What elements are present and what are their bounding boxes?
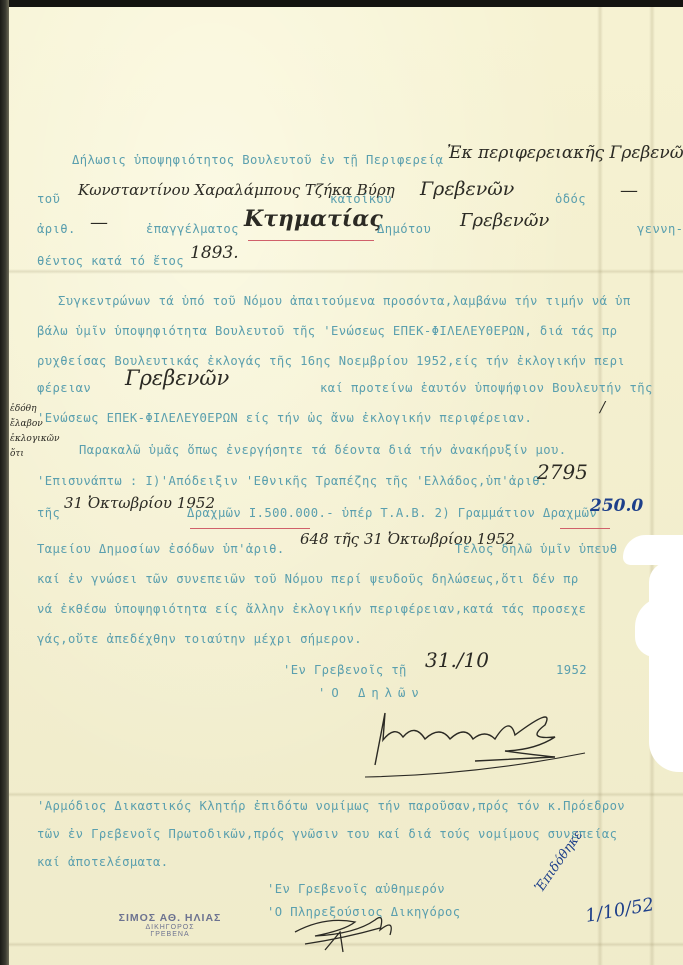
handwritten-receipt-number: 2795 — [537, 460, 588, 484]
attachments-line: τῆς — [37, 506, 60, 520]
red-underline — [190, 528, 310, 529]
handwritten-region: Ἐκ περιφερειακῆς Γρεβενῶν — [447, 143, 683, 163]
handwritten-region-name: Γρεβενῶν — [125, 366, 229, 390]
handwritten-amount: 250.0 — [590, 496, 643, 516]
paragraph-line: βάλω ὑμῖν ὑποψηφιότητα Βουλευτοῦ τῆς 'Εν… — [37, 324, 617, 338]
service-note-line: τῶν ἐν Γρεβενοῖς Πρωτοδικῶν,πρός γνῶσιν … — [37, 827, 617, 841]
label-street: ὁδός — [555, 192, 586, 206]
scan-frame-left — [0, 0, 9, 965]
place-date-label: 'Εν Γρεβενοῖς τῇ — [283, 663, 407, 677]
handwritten-date: 31./10 — [425, 648, 489, 672]
lawyer-stamp: ΣΙΜΟΣ ΑΘ. ΗΛΙΑΣ ΔΙΚΗΓΟΡΟΣ ΓΡΕΒΕΝΑ — [100, 912, 240, 938]
label-born-year: θέντος κατά τό ἔτος — [37, 254, 184, 268]
attachments-line: Δραχμῶν Ι.500.000.- ὑπέρ Τ.Α.Β. 2) Γραμμ… — [187, 506, 597, 520]
label-region: φέρειαν — [37, 381, 91, 395]
paragraph-line: Συγκεντρώνων τά ὑπό τοῦ Νόμου ἀπαιτούμεν… — [58, 294, 631, 308]
attachments-line: καί ἐν γνώσει τῶν συνεπειῶν τοῦ Νόμου πε… — [37, 572, 579, 586]
attachments-line: γάς,οὔτε ἀπεδέχθην τοιαύτην μέχρι σήμερο… — [37, 632, 362, 646]
service-note-line: καί ἀποτελέσματα. — [37, 855, 169, 869]
margin-note: ἐδόθη ἔλαβον ἐκλογικῶν ὅτι — [10, 402, 59, 462]
label-of: τοῦ — [37, 192, 60, 206]
label-resident: κατοίκου — [330, 192, 392, 206]
red-underline — [248, 240, 374, 241]
handwritten-mark: / — [600, 398, 605, 416]
request-paragraph: Παρακαλῶ ὑμᾶς ὅπως ἐνεργήσητε τά δέοντα … — [79, 443, 566, 457]
paragraph-line: καί προτείνω ἑαυτόν ὑποψήφιον Βουλευτήν … — [320, 381, 653, 395]
torn-edge — [635, 597, 665, 657]
handwritten-birth-year: 1893. — [190, 243, 239, 263]
paper-crease — [9, 792, 683, 797]
paper-crease — [9, 269, 683, 274]
declaration-title: Δήλωσις ὑποψηφιότητος Βουλευτοῦ ἐν τῇ Πε… — [72, 153, 443, 167]
service-note-line: 'Αρμόδιος Δικαστικός Κλητήρ ἐπιδότω νομί… — [37, 799, 625, 813]
attachments-line: Τέλος δηλῶ ὑμῖν ὑπευθ — [455, 542, 618, 556]
declarant-signature — [355, 695, 595, 785]
handwritten-number: — — [90, 212, 108, 233]
attachments-line: 'Επισυνάπτω : Ι)'Απόδειξιν 'Εθνικῆς Τραπ… — [37, 474, 548, 488]
year-label: 1952 — [556, 663, 587, 677]
label-citizen: Δημότου — [377, 222, 431, 236]
attachments-line: νά ἐκθέσω ὑποψηφιότητα είς ἄλλην ἐκλογικ… — [37, 602, 586, 616]
handwritten-street: — — [620, 180, 638, 201]
label-number: ἀριθ. — [37, 222, 76, 236]
red-underline — [560, 528, 610, 529]
label-profession: ἐπαγγέλματος — [146, 222, 239, 236]
handwritten-citizen: Γρεβενῶν — [460, 210, 549, 231]
attachments-line: Ταμείου Δημοσίων ἐσόδων ὑπ'ἀριθ. — [37, 542, 285, 556]
torn-edge — [649, 562, 683, 772]
paragraph-line: 'Ενώσεως ΕΠΕΚ-ΦΙΛΕΛΕΥΘΕΡΩΝ είς τήν ὡς ἄν… — [37, 411, 532, 425]
torn-edge — [623, 535, 683, 565]
handwritten-residence: Γρεβενῶν — [420, 178, 514, 200]
closing-place-line: 'Εν Γρεβενοῖς αὐθημερόν — [267, 882, 445, 896]
label-born: γεννη- — [637, 222, 683, 236]
lawyer-signature — [285, 910, 405, 960]
handwritten-profession: Κτηματίας — [244, 206, 383, 232]
